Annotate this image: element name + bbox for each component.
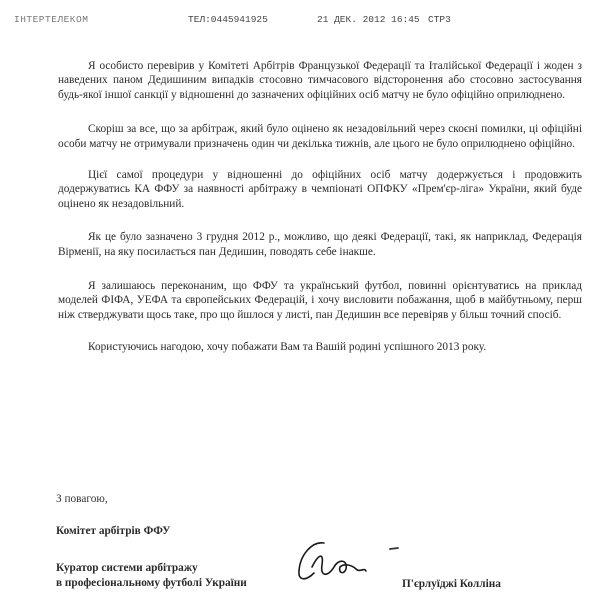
- signer-name: П'єрлуїджі Колліна: [402, 578, 501, 590]
- paragraph-1: Я особисто перевірив у Комітеті Арбітрів…: [58, 59, 582, 102]
- closing-salutation: З повагою,: [56, 493, 108, 505]
- fax-datetime: 21 ДЕК. 2012 16:45: [317, 14, 420, 25]
- paragraph-4: Як це було зазначено 3 грудня 2012 р., м…: [58, 230, 582, 259]
- curator-title-line-2: в професіональному футболі України: [56, 576, 247, 591]
- handwritten-signature: [294, 537, 404, 592]
- letter-body: Я особисто перевірив у Комітеті Арбітрів…: [58, 59, 582, 372]
- curator-title-line-1: Куратор системи арбітражу: [56, 561, 247, 576]
- paragraph-3: Цієї самої процедури у відношенні до офі…: [58, 168, 582, 211]
- paragraph-2: Скоріш за все, що за арбітраж, який було…: [58, 122, 582, 151]
- curator-title: Куратор системи арбітражу в професіональ…: [56, 561, 247, 591]
- fax-page-number: СТР3: [428, 14, 451, 25]
- committee-name: Комітет арбітрів ФФУ: [56, 525, 170, 537]
- fax-sender: ІНТЕРТЕЛЕКОМ: [14, 14, 88, 25]
- paragraph-6: Користуючись нагодою, хочу побажати Вам …: [58, 340, 582, 354]
- paragraph-5: Я залишаюсь переконаним, що ФФУ та украї…: [58, 279, 582, 322]
- fax-header: ІНТЕРТЕЛЕКОМ ТЕЛ:0445941925 21 ДЕК. 2012…: [0, 10, 590, 30]
- fax-phone: ТЕЛ:0445941925: [188, 14, 268, 25]
